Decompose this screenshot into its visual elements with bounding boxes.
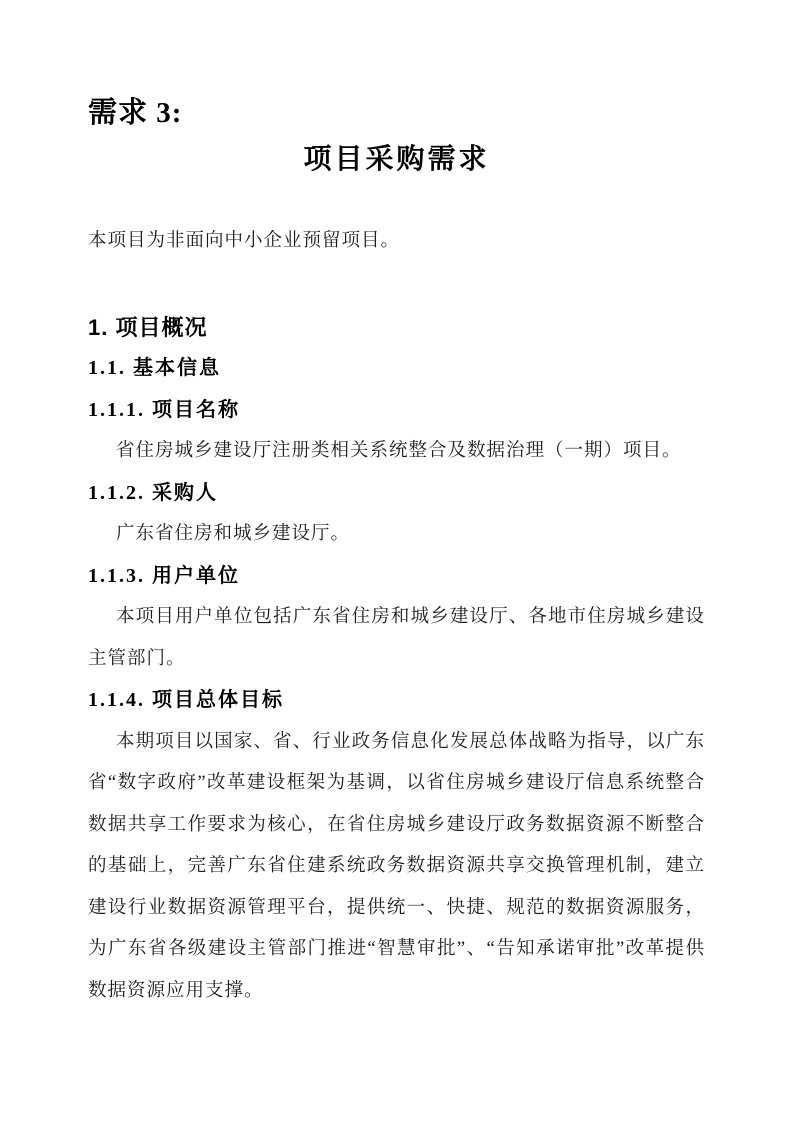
section-heading: 1.1.2. 采购人: [88, 473, 705, 515]
document-page: 需求 3: 项目采购需求 本项目为非面向中小企业预留项目。 1. 项目概况1.1…: [0, 0, 793, 1122]
section-paragraph: 省住房城乡建设厅注册类相关系统整合及数据治理（一期）项目。: [88, 431, 705, 473]
section-heading: 1.1.3. 用户单位: [88, 556, 705, 598]
section-heading: 1. 项目概况: [88, 307, 705, 349]
document-body: 1. 项目概况1.1. 基本信息1.1.1. 项目名称省住房城乡建设厅注册类相关…: [88, 307, 705, 1013]
doc-label: 需求 3:: [88, 96, 705, 130]
section-heading: 1.1.4. 项目总体目标: [88, 680, 705, 722]
section-paragraph: 广东省住房和城乡建设厅。: [88, 514, 705, 556]
section-heading: 1.1. 基本信息: [88, 348, 705, 390]
notice-paragraph: 本项目为非面向中小企业预留项目。: [88, 221, 705, 263]
section-paragraph: 本项目用户单位包括广东省住房和城乡建设厅、各地市住房城乡建设主管部门。: [88, 597, 705, 680]
section-heading: 1.1.1. 项目名称: [88, 390, 705, 432]
page-title: 项目采购需求: [88, 143, 705, 177]
section-paragraph: 本期项目以国家、省、行业政务信息化发展总体战略为指导，以广东省“数字政府”改革建…: [88, 722, 705, 1013]
